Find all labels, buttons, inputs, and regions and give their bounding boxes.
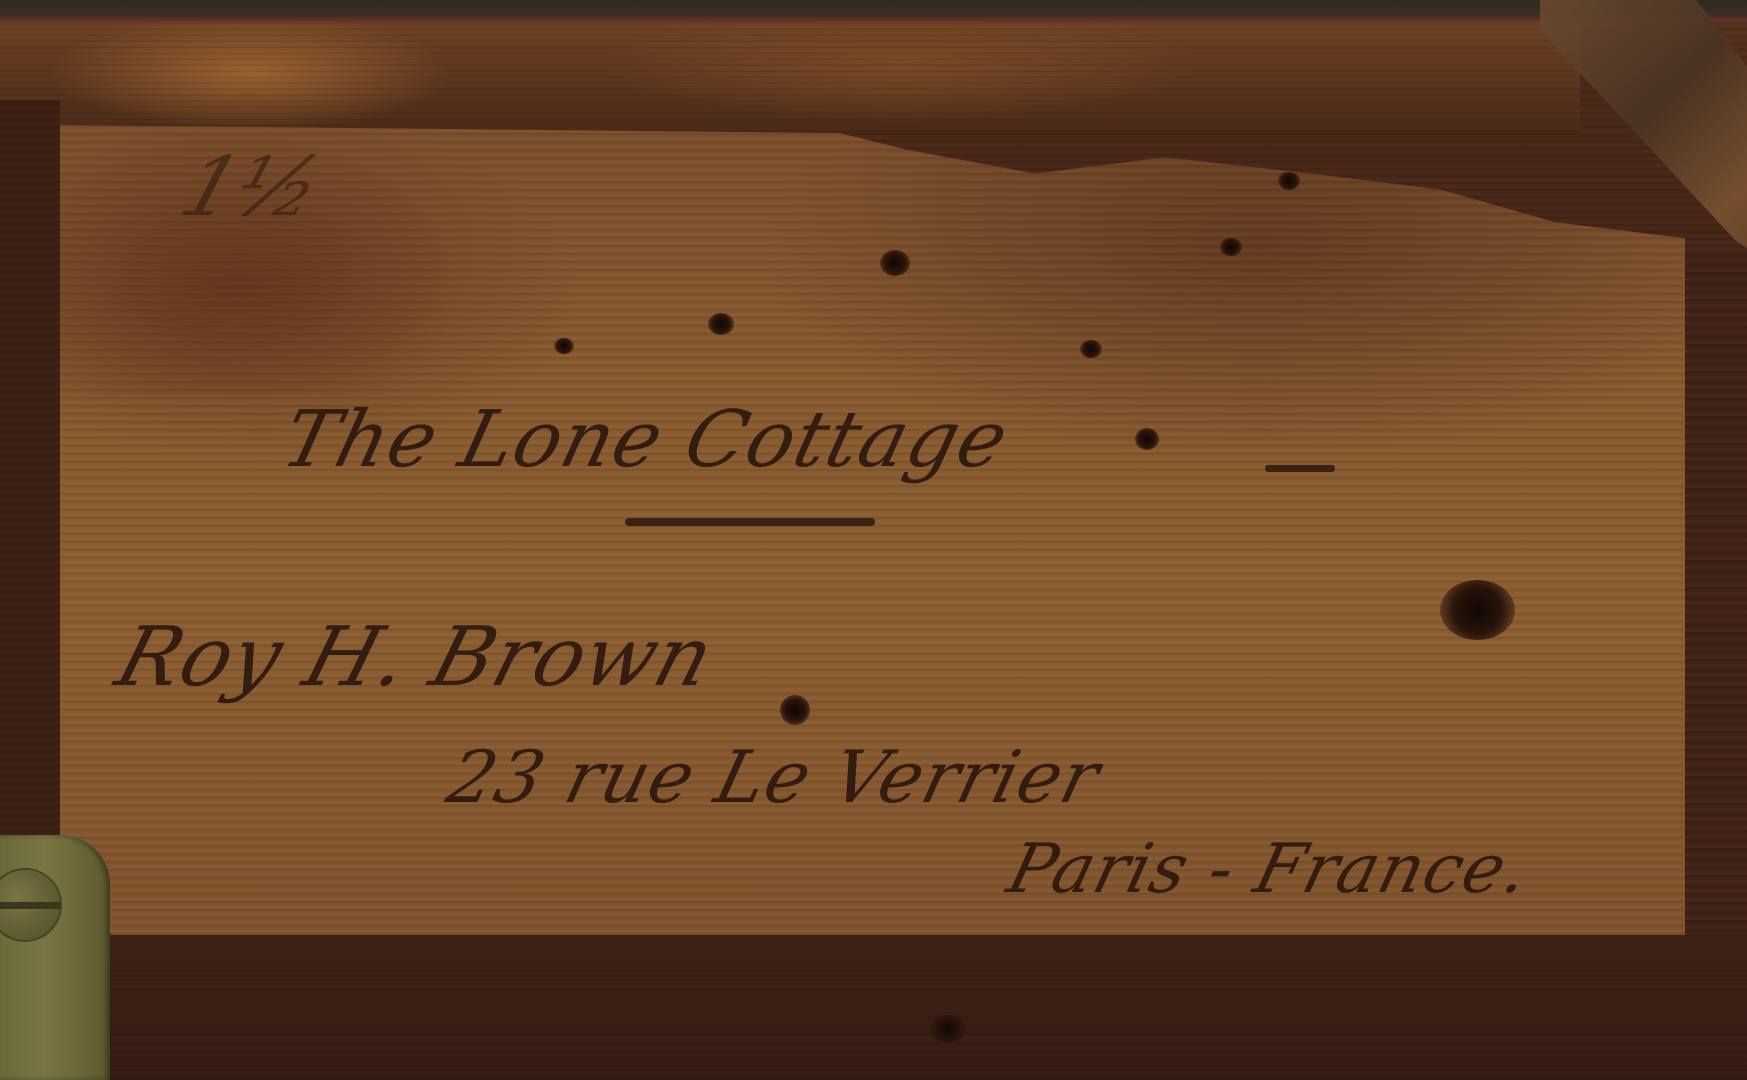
title-underline xyxy=(625,518,875,526)
nail-hole-icon xyxy=(1220,238,1242,256)
nail-hole-icon xyxy=(554,338,574,354)
frame-right-rail xyxy=(1685,250,1747,950)
large-hole-icon xyxy=(1440,580,1515,640)
nail-hole-icon xyxy=(880,250,910,276)
artist-signature: Roy H. Brown xyxy=(106,610,724,705)
frame-top-edge xyxy=(0,0,1747,22)
nail-hole-icon xyxy=(1080,340,1102,358)
address-line: 23 rue Le Verrier xyxy=(440,735,1109,819)
nail-hole-icon xyxy=(930,1015,966,1043)
frame-top-rail xyxy=(0,22,1580,132)
ink-dash xyxy=(1265,465,1335,472)
frame-bottom-rail xyxy=(0,935,1747,1080)
nail-hole-icon xyxy=(780,695,810,725)
screw-slot xyxy=(0,902,60,909)
city-line: Paris - France. xyxy=(1000,830,1537,909)
nail-hole-icon xyxy=(1135,428,1159,450)
painting-title: The Lone Cottage xyxy=(274,395,1018,485)
nail-hole-icon xyxy=(708,313,734,335)
nail-hole-icon xyxy=(1278,172,1300,190)
